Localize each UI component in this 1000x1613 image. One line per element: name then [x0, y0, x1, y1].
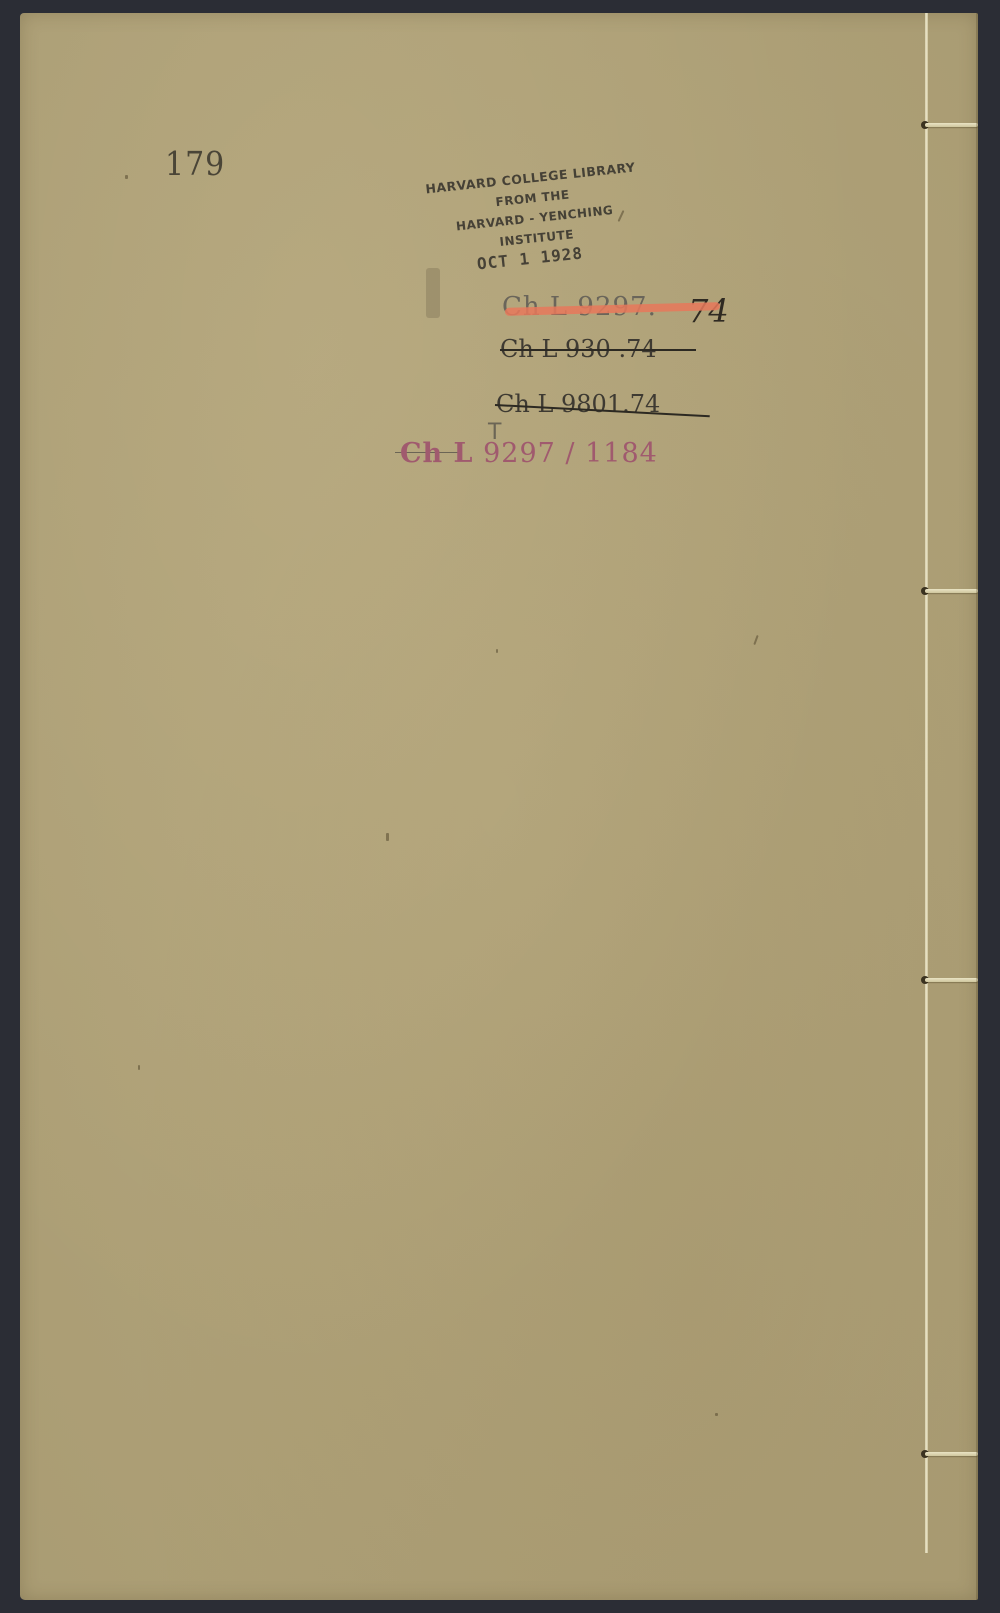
call-number-3: Ch L 9801.74: [496, 390, 660, 418]
call-number-current: Ch L 9297 / 1184: [400, 438, 658, 469]
paper-speck: [138, 1065, 140, 1070]
page-edge: [976, 13, 978, 1600]
binding-stitch: [925, 1452, 978, 1456]
binding-stitch: [925, 978, 978, 982]
call-number-prefix: Ch L: [400, 438, 474, 469]
paper-speck: [753, 635, 758, 645]
paper-speck: [496, 649, 498, 653]
binding-stitch: [925, 123, 978, 127]
binding-stitch: [925, 589, 978, 593]
binding-thread: [925, 13, 928, 1553]
strikethrough-line: [500, 349, 696, 351]
paper-speck: [125, 175, 128, 179]
call-number-1-correction: 74: [688, 292, 729, 330]
paper-speck: [715, 1413, 718, 1416]
call-number-value: 9297 / 1184: [483, 438, 658, 469]
page-number: 179: [165, 145, 225, 184]
paper-speck: [386, 833, 389, 841]
